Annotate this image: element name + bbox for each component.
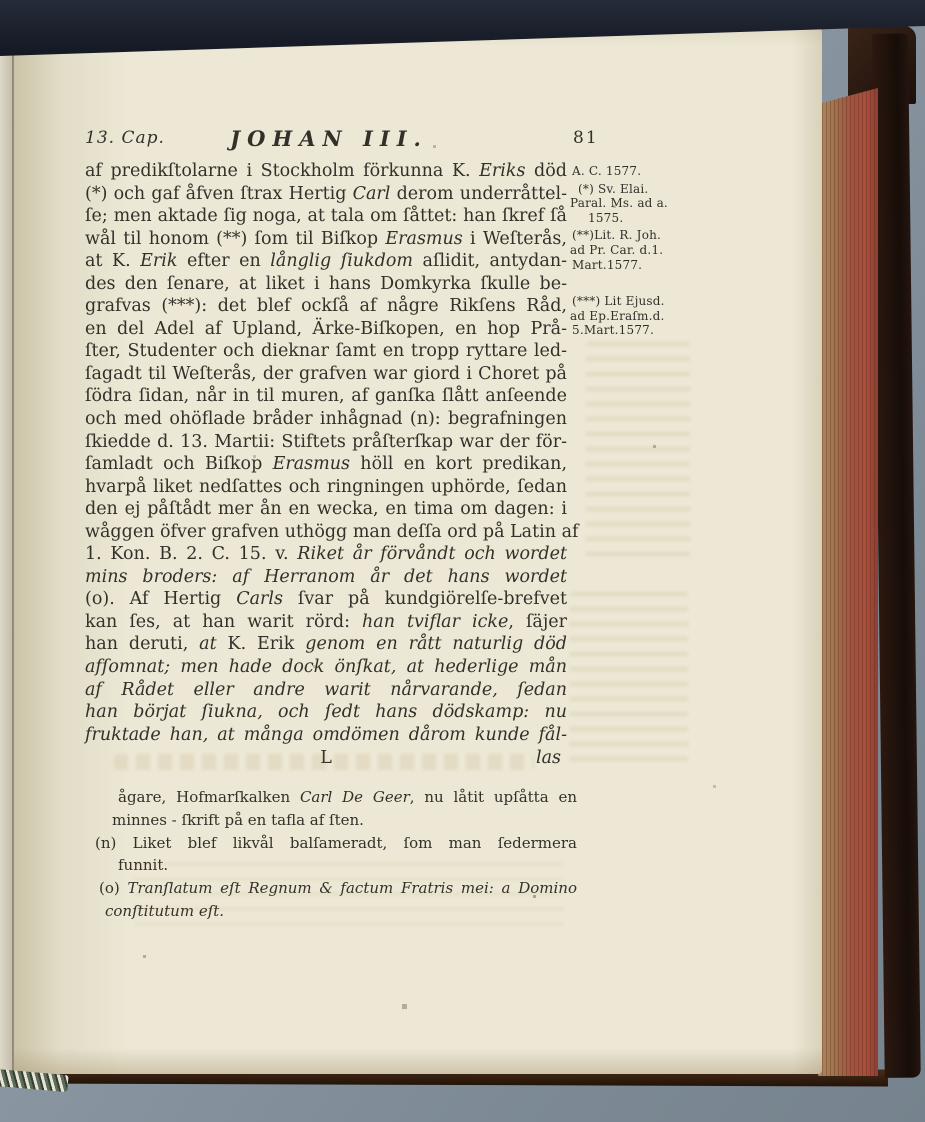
body-line: wåggen öfver grafven uthögg man deſſa or… [85,521,567,544]
body-line: han börjat ſiukna, och ſedt hans dödskam… [85,701,567,724]
fore-edge-pages [818,88,878,1076]
body-line: den ej påſtådt mer ån en wecka, en tima … [85,498,567,521]
italic-text: han tviflar icke [362,612,508,632]
italic-text: afſomnat; men hade dock önſkat, at heder… [85,657,567,677]
italic-text: Riket år förvåndt och wordet [297,544,567,564]
body-line: des den ſenare, at liket i hans Domkyrka… [85,273,567,296]
body-line: ſter, Studenter och dieknar ſamt en trop… [85,340,567,363]
roman-text: at K. [85,251,140,271]
roman-text: den ej påſtådt mer ån en wecka, en tima … [85,499,567,519]
footnote-line: (n) Liket blef likvål balſameradt, ſom m… [85,832,577,855]
roman-text: ſter, Studenter och dieknar ſamt en trop… [85,341,567,361]
body-line: mins broders: af Herranom år det hans wo… [85,566,567,589]
margin-note-line: A. C. 1577. [570,164,682,179]
page: 13. Cap. JOHAN III. 81 af predikſtolarne… [14,26,822,1074]
roman-text: en del Adel af Upland, Ärke-Biſkopen, en… [85,319,567,339]
body-line: at K. Erik efter en långlig ſiukdom aſli… [85,250,567,273]
italic-text: Erasmus [385,229,462,249]
roman-text: ſamladt och Biſkop [85,454,273,474]
roman-text: wål til honom (**) ſom til Biſkop [85,229,385,249]
margin-note-line: (**)Lit. R. Joh. [570,228,682,243]
body-line: fruktade han, at många omdömen dårom kun… [85,724,567,747]
body-line: 1. Kon. B. 2. C. 15. v. Riket år förvånd… [85,543,567,566]
italic-text: at [199,634,216,654]
book-photo: 13. Cap. JOHAN III. 81 af predikſtolarne… [0,0,925,1122]
italic-text: mins broders: af Herranom år det hans wo… [85,567,567,587]
body-line: af predikſtolarne i Stockholm förkunna K… [85,160,567,183]
show-through-ghost [134,862,564,926]
roman-text: wåggen öfver grafven uthögg man deſſa or… [85,522,579,542]
roman-text: 1. Kon. B. 2. C. 15. v. [85,544,297,564]
roman-text: , nu låtit upſåtta en [410,788,577,806]
roman-text: ågare, Hofmarſkalken [118,788,300,806]
body-line: ſagadt til Weſterås, der grafven war gio… [85,363,567,386]
roman-text: grafvas (***): det blef ockſå af någre R… [85,296,567,316]
roman-text: ſödra ſidan, når in til muren, af ganſka… [85,386,567,406]
body-line: (o). Af Hertig Carls ſvar på kundgiörelſ… [85,588,567,611]
roman-text: des den ſenare, at liket i hans Domkyrka… [85,274,567,294]
roman-text: (*) och gaf åfven ſtrax Hertig [85,184,353,204]
book-cover-edge [872,34,921,1078]
roman-text: af predikſtolarne i Stockholm förkunna K… [85,161,479,181]
show-through-ghost [570,592,688,768]
italic-text: Eriks [479,161,525,181]
roman-text: minnes - ſkrift på en tafla af ſten. [112,811,364,829]
body-line: ſödra ſidan, når in til muren, af ganſka… [85,385,567,408]
catchword: las [536,748,561,768]
margin-note-line: Mart.1577. [570,258,682,273]
body-line: ſamladt och Biſkop Erasmus höll en kort … [85,453,567,476]
roman-text: ſagadt til Weſterås, der grafven war gio… [85,364,567,384]
roman-text: aſlidit, antydan- [413,251,567,271]
italic-text: han börjat ſiukna, och ſedt hans dödskam… [85,702,567,722]
margin-note-line: 5.Mart.1577. [570,323,682,338]
body-line: en del Adel af Upland, Ärke-Biſkopen, en… [85,318,567,341]
body-line: wål til honom (**) ſom til Biſkop Erasmu… [85,228,567,251]
roman-text: efter en [178,251,271,271]
margin-note-line: (*) Sv. Elai. [570,182,682,197]
roman-text: ſkiedde d. 13. Martii: Stiftets pråſterſ… [85,432,567,452]
body-line: hvarpå liket nedſattes och ringningen up… [85,476,567,499]
body-text: af predikſtolarne i Stockholm förkunna K… [85,160,567,746]
roman-text: i Weſterås, [463,229,567,249]
margin-notes: A. C. 1577.(*) Sv. Elai.Paral. Ms. ad a.… [570,164,682,338]
body-line: och med ohöflade bråder inhågnad (n): be… [85,408,567,431]
italic-text: genom en rått naturlig död [305,634,567,654]
roman-text: död [525,161,567,181]
italic-text: Carls [236,589,283,609]
roman-text: (o) [99,879,127,897]
margin-note-line: ad Pr. Car. d.1. [570,243,682,258]
italic-text: Carl [353,184,391,204]
italic-text: fruktade han, at många omdömen dårom kun… [85,725,567,745]
page-number: 81 [573,128,599,148]
roman-text: hvarpå liket nedſattes och ringningen up… [85,477,567,497]
roman-text: och med ohöflade bråder inhågnad (n): be… [85,409,567,429]
roman-text: ſe; men aktade ſig noga, at tala om ſått… [85,206,567,226]
roman-text: derom underråttel- [390,184,567,204]
roman-text: K. Erik [217,634,306,654]
roman-text: (n) Liket blef likvål balſameradt, ſom m… [95,834,577,852]
show-through-ghost [586,342,690,560]
roman-text: (o). Af Hertig [85,589,236,609]
show-through-ghost [114,754,534,770]
roman-text: han deruti, [85,634,199,654]
margin-note-line: (***) Lit Ejusd. [570,294,682,309]
body-line: (*) och gaf åfven ſtrax Hertig Carl dero… [85,183,567,206]
italic-text: Carl De Geer [300,788,410,806]
body-line: kan ſes, at han warit rörd: han tviflar … [85,611,567,634]
margin-note-line: Paral. Ms. ad a. [570,196,682,211]
roman-text: kan ſes, at han warit rörd: [85,612,362,632]
roman-text: , ſäjer [508,612,567,632]
italic-text: Erasmus [273,454,350,474]
roman-text: ſvar på kundgiörelſe-brefvet [283,589,567,609]
running-title: JOHAN III. [85,126,573,151]
italic-text: långlig ſiukdom [270,251,413,271]
body-line: af Rådet eller andre warit nårvarande, ſ… [85,679,567,702]
body-line: ſe; men aktade ſig noga, at tala om ſått… [85,205,567,228]
footnote-line: ågare, Hofmarſkalken Carl De Geer, nu lå… [85,786,577,809]
margin-note-line: 1575. [570,211,682,226]
margin-note-line: ad Ep.Eraſm.d. [570,309,682,324]
body-line: afſomnat; men hade dock önſkat, at heder… [85,656,567,679]
italic-text: Erik [140,251,177,271]
body-line: ſkiedde d. 13. Martii: Stiftets pråſterſ… [85,431,567,454]
footnote-line: minnes - ſkrift på en tafla af ſten. [85,809,577,832]
italic-text: af Rådet eller andre warit nårvarande, ſ… [85,680,567,700]
body-line: han deruti, at K. Erik genom en rått nat… [85,633,567,656]
roman-text: höll en kort predikan, [350,454,567,474]
page-header: 13. Cap. JOHAN III. 81 [85,126,567,152]
body-line: grafvas (***): det blef ockſå af någre R… [85,295,567,318]
